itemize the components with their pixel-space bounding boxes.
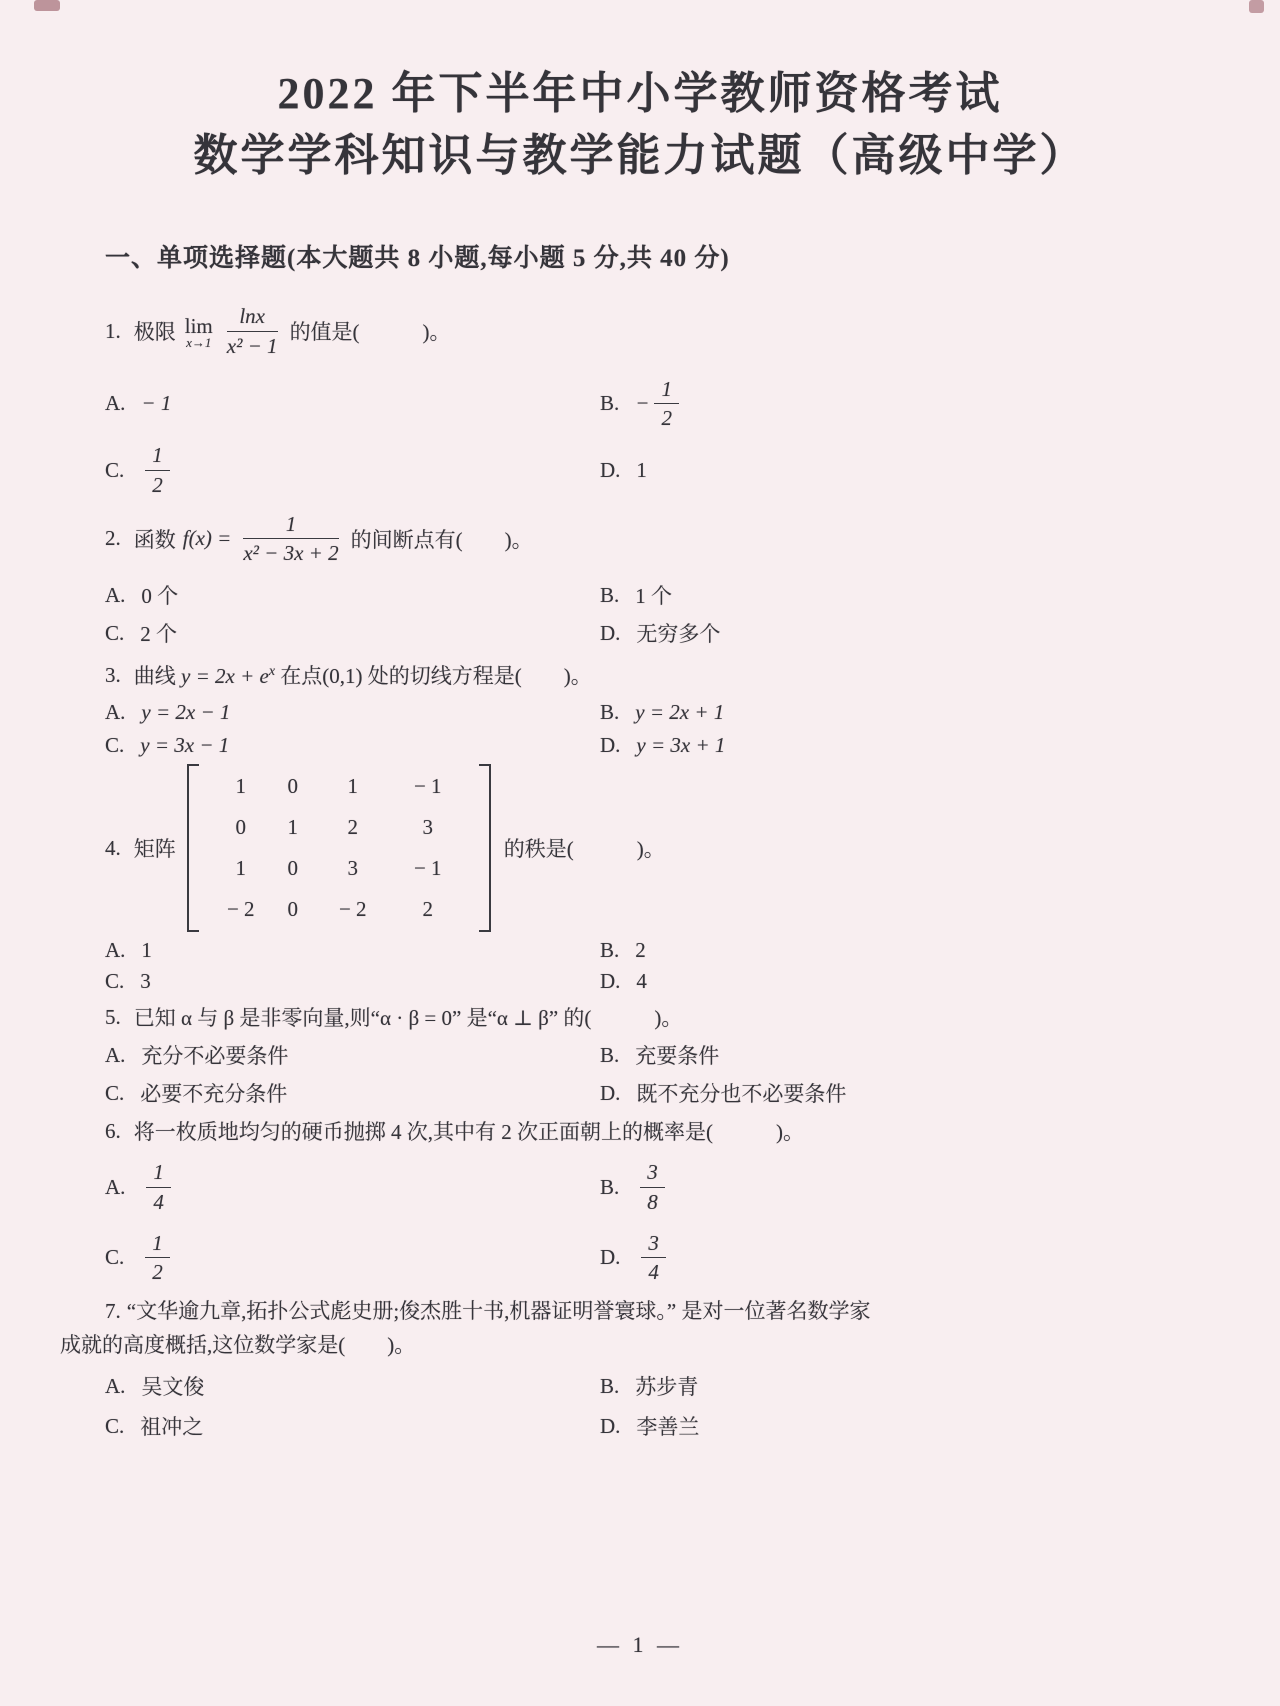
q6-option-a: A. 1 4 [105, 1160, 600, 1215]
option-letter: C. [105, 969, 124, 994]
option-value: 1 [636, 458, 647, 483]
question-7-options-row-ab: A. 吴文俊 B. 苏步青 [105, 1371, 1220, 1401]
question-3-options-row-cd: C. y = 3x − 1 D. y = 3x + 1 [105, 733, 1220, 758]
matrix-cell: 3 [316, 856, 390, 881]
matrix-left-bracket [187, 764, 199, 932]
question-5-number: 5. [105, 1005, 121, 1030]
q4-option-c: C. 3 [105, 969, 600, 994]
question-7-options-row-cd: C. 祖冲之 D. 李善兰 [105, 1411, 1220, 1441]
question-1-tail: 的值是( )。 [290, 316, 451, 346]
option-fraction: 3 4 [641, 1231, 666, 1286]
question-7-line1: 7.“文华逾九章,拓扑公式彪史册;俊杰胜十书,机器证明誉寰球。” 是对一位著名数… [60, 1295, 1220, 1327]
q6-option-c: C. 1 2 [105, 1231, 600, 1286]
q2-option-b: B. 1 个 [600, 580, 672, 610]
matrix-cell: − 2 [212, 897, 270, 922]
fraction-numerator: 1 [145, 443, 170, 471]
page-number: — 1 — [0, 1632, 1280, 1658]
option-value: 4 [636, 969, 647, 994]
matrix-cell: 0 [270, 856, 316, 881]
q1-option-b: B. − 1 2 [600, 377, 684, 432]
fraction-numerator: 1 [146, 1160, 171, 1188]
question-2: 2. 函数 f(x) = 1 x² − 3x + 2 的间断点有( )。 [105, 512, 1220, 567]
option-value: y = 2x − 1 [141, 700, 230, 725]
matrix-cell: − 2 [316, 897, 390, 922]
option-value: 既不充分也不必要条件 [636, 1078, 846, 1108]
scan-artifact-top-left [34, 0, 60, 11]
option-fraction: 1 2 [654, 377, 679, 432]
fraction-denominator: 2 [145, 471, 170, 498]
option-sign: − [635, 391, 649, 416]
section-heading: 一、单项选择题(本大题共 8 小题,每小题 5 分,共 40 分) [105, 238, 1220, 274]
question-2-number: 2. [105, 526, 121, 551]
question-3: 3. 曲线 y = 2x + ex 在点(0,1) 处的切线方程是( )。 [105, 660, 1220, 690]
q2-option-a: A. 0 个 [105, 580, 600, 610]
option-letter: C. [105, 1245, 124, 1270]
fraction-numerator: 3 [640, 1160, 665, 1188]
option-value: 必要不充分条件 [140, 1078, 287, 1108]
option-letter: D. [600, 969, 620, 994]
question-1-fraction: lnx x² − 1 [227, 304, 278, 359]
q4-option-b: B. 2 [600, 938, 646, 963]
option-letter: B. [600, 1374, 619, 1399]
option-letter: C. [105, 1081, 124, 1106]
question-3-lead: 曲线 [134, 664, 176, 688]
option-letter: A. [105, 1175, 125, 1200]
question-5: 5. 已知 α 与 β 是非零向量,则“α · β = 0” 是“α ⊥ β” … [105, 1002, 1220, 1032]
option-letter: D. [600, 1081, 620, 1106]
option-value: y = 3x + 1 [636, 733, 725, 758]
limit-lim: lim [185, 315, 213, 337]
option-letter: D. [600, 621, 620, 646]
question-3-options-row-ab: A. y = 2x − 1 B. y = 2x + 1 [105, 700, 1220, 725]
question-3-tail: 在点(0,1) 处的切线方程是( )。 [275, 664, 592, 688]
q5-option-c: C. 必要不充分条件 [105, 1078, 600, 1108]
option-letter: C. [105, 733, 124, 758]
exam-title-line1: 2022 年下半年中小学教师资格考试 [60, 68, 1220, 120]
matrix-cell: − 1 [390, 774, 466, 799]
question-7-line2: 成就的高度概括,这位数学家是( )。 [60, 1329, 1220, 1361]
fraction-numerator: 1 [145, 1231, 170, 1259]
scan-artifact-top-right [1249, 0, 1264, 13]
option-letter: C. [105, 621, 124, 646]
option-value: 苏步青 [635, 1371, 698, 1401]
question-4-tail: 的秩是( )。 [504, 833, 665, 863]
question-4-number: 4. [105, 836, 121, 861]
fraction-numerator: 3 [641, 1231, 666, 1259]
fraction-denominator: 4 [641, 1258, 666, 1285]
matrix-cell: − 1 [390, 856, 466, 881]
question-2-lead: 函数 [134, 524, 176, 554]
matrix: 1 0 1 − 1 0 1 2 3 1 0 3 − 1 − 2 0 − 2 2 [206, 764, 472, 932]
question-2-options-row-cd: C. 2 个 D. 无穷多个 [105, 618, 1220, 648]
limit-subscript: x→1 [186, 337, 211, 348]
option-letter: D. [600, 733, 620, 758]
fraction-denominator: x² − 3x + 2 [243, 539, 338, 566]
q1-option-c: C. 1 2 [105, 443, 600, 498]
option-value: 1 个 [635, 580, 672, 610]
matrix-cell: 1 [212, 856, 270, 881]
option-letter: A. [105, 391, 125, 416]
limit-notation: lim x→1 [185, 315, 213, 348]
fraction-numerator: 1 [654, 377, 679, 405]
q7-option-a: A. 吴文俊 [105, 1371, 600, 1401]
fraction-numerator: 1 [243, 512, 338, 540]
option-letter: B. [600, 938, 619, 963]
matrix-cell: 0 [270, 897, 316, 922]
option-value: − 1 [141, 391, 171, 416]
q5-option-d: D. 既不充分也不必要条件 [600, 1078, 846, 1108]
option-value: 0 个 [141, 580, 178, 610]
q1-option-a: A. − 1 [105, 391, 600, 416]
question-6-options-row-ab: A. 1 4 B. 3 8 [105, 1160, 1220, 1215]
option-value: 3 [140, 969, 151, 994]
q6-option-b: B. 3 8 [600, 1160, 670, 1215]
option-value: y = 2x + 1 [635, 700, 724, 725]
option-value: 吴文俊 [141, 1371, 204, 1401]
option-letter: C. [105, 458, 124, 483]
question-2-fraction: 1 x² − 3x + 2 [243, 512, 338, 567]
question-1: 1. 极限 lim x→1 lnx x² − 1 的值是( )。 [105, 304, 1220, 359]
option-value: 无穷多个 [636, 618, 720, 648]
option-fraction: 3 8 [640, 1160, 665, 1215]
q5-option-a: A. 充分不必要条件 [105, 1040, 600, 1070]
matrix-cell: 2 [390, 897, 466, 922]
option-value: 1 [141, 938, 152, 963]
question-4-lead: 矩阵 [134, 833, 176, 863]
q7-option-d: D. 李善兰 [600, 1411, 699, 1441]
question-1-options-row-cd: C. 1 2 D. 1 [105, 443, 1220, 498]
question-7-text-line2: 成就的高度概括,这位数学家是( )。 [60, 1333, 415, 1357]
question-1-number: 1. [105, 319, 121, 344]
q3-option-d: D. y = 3x + 1 [600, 733, 725, 758]
matrix-cell: 0 [270, 774, 316, 799]
question-6-text: 将一枚质地均匀的硬币抛掷 4 次,其中有 2 次正面朝上的概率是( )。 [134, 1116, 804, 1146]
option-value: 祖冲之 [140, 1411, 203, 1441]
q7-option-c: C. 祖冲之 [105, 1411, 600, 1441]
question-3-equation: y = 2x + e [181, 664, 269, 688]
option-fraction: 1 4 [146, 1160, 171, 1215]
fraction-denominator: 2 [654, 404, 679, 431]
q5-option-b: B. 充要条件 [600, 1040, 719, 1070]
question-6: 6. 将一枚质地均匀的硬币抛掷 4 次,其中有 2 次正面朝上的概率是( )。 [105, 1116, 1220, 1146]
question-2-function: f(x) = [183, 526, 232, 551]
option-letter: A. [105, 700, 125, 725]
question-4: 4. 矩阵 1 0 1 − 1 0 1 2 3 1 0 3 − 1 − 2 0 … [105, 764, 1220, 932]
option-letter: C. [105, 1414, 124, 1439]
question-1-lead: 极限 [134, 316, 176, 346]
q7-option-b: B. 苏步青 [600, 1371, 698, 1401]
option-letter: B. [600, 1175, 619, 1200]
option-letter: B. [600, 1043, 619, 1068]
q3-option-a: A. y = 2x − 1 [105, 700, 600, 725]
matrix-cell: 0 [212, 815, 270, 840]
exam-title-line2: 数学学科知识与教学能力试题（高级中学） [60, 130, 1220, 182]
question-3-number: 3. [105, 663, 121, 688]
option-value: 2 [635, 938, 646, 963]
q4-option-d: D. 4 [600, 969, 647, 994]
option-letter: A. [105, 938, 125, 963]
question-5-options-row-ab: A. 充分不必要条件 B. 充要条件 [105, 1040, 1220, 1070]
fraction-denominator: 8 [640, 1188, 665, 1215]
option-value: 充要条件 [635, 1040, 719, 1070]
question-7-number: 7. [105, 1299, 121, 1323]
option-letter: D. [600, 1245, 620, 1270]
fraction-denominator: 2 [145, 1258, 170, 1285]
q6-option-d: D. 3 4 [600, 1231, 671, 1286]
option-value: 李善兰 [636, 1411, 699, 1441]
fraction-denominator: 4 [146, 1188, 171, 1215]
q3-option-c: C. y = 3x − 1 [105, 733, 600, 758]
question-1-options-row-ab: A. − 1 B. − 1 2 [105, 377, 1220, 432]
option-value: 充分不必要条件 [141, 1040, 288, 1070]
matrix-right-bracket [479, 764, 491, 932]
option-letter: A. [105, 1043, 125, 1068]
matrix-cell: 2 [316, 815, 390, 840]
option-letter: D. [600, 458, 620, 483]
question-6-options-row-cd: C. 1 2 D. 3 4 [105, 1231, 1220, 1286]
matrix-cell: 1 [316, 774, 390, 799]
option-value: 2 个 [140, 618, 177, 648]
option-letter: D. [600, 1414, 620, 1439]
question-3-text: 曲线 y = 2x + ex 在点(0,1) 处的切线方程是( )。 [134, 660, 592, 690]
exam-paper-page: 2022 年下半年中小学教师资格考试 数学学科知识与教学能力试题（高级中学） 一… [0, 0, 1280, 1706]
option-letter: B. [600, 700, 619, 725]
question-7-text-line1: “文华逾九章,拓扑公式彪史册;俊杰胜十书,机器证明誉寰球。” 是对一位著名数学家 [127, 1299, 871, 1323]
option-letter: B. [600, 583, 619, 608]
option-value: y = 3x − 1 [140, 733, 229, 758]
q1-option-d: D. 1 [600, 458, 647, 483]
q3-option-b: B. y = 2x + 1 [600, 700, 724, 725]
option-fraction: 1 2 [145, 1231, 170, 1286]
option-letter: A. [105, 1374, 125, 1399]
fraction-numerator: lnx [227, 304, 278, 332]
question-2-options-row-ab: A. 0 个 B. 1 个 [105, 580, 1220, 610]
question-6-number: 6. [105, 1119, 121, 1144]
fraction-denominator: x² − 1 [227, 332, 278, 359]
option-fraction: 1 2 [145, 443, 170, 498]
matrix-cell: 3 [390, 815, 466, 840]
question-2-tail: 的间断点有( )。 [351, 524, 533, 554]
question-5-options-row-cd: C. 必要不充分条件 D. 既不充分也不必要条件 [105, 1078, 1220, 1108]
q2-option-c: C. 2 个 [105, 618, 600, 648]
option-letter: B. [600, 391, 619, 416]
question-5-text: 已知 α 与 β 是非零向量,则“α · β = 0” 是“α ⊥ β” 的( … [134, 1002, 683, 1032]
option-letter: A. [105, 583, 125, 608]
q4-option-a: A. 1 [105, 938, 600, 963]
matrix-cell: 1 [212, 774, 270, 799]
matrix-cell: 1 [270, 815, 316, 840]
question-4-options-row-ab: A. 1 B. 2 [105, 938, 1220, 963]
q2-option-d: D. 无穷多个 [600, 618, 720, 648]
question-4-options-row-cd: C. 3 D. 4 [105, 969, 1220, 994]
